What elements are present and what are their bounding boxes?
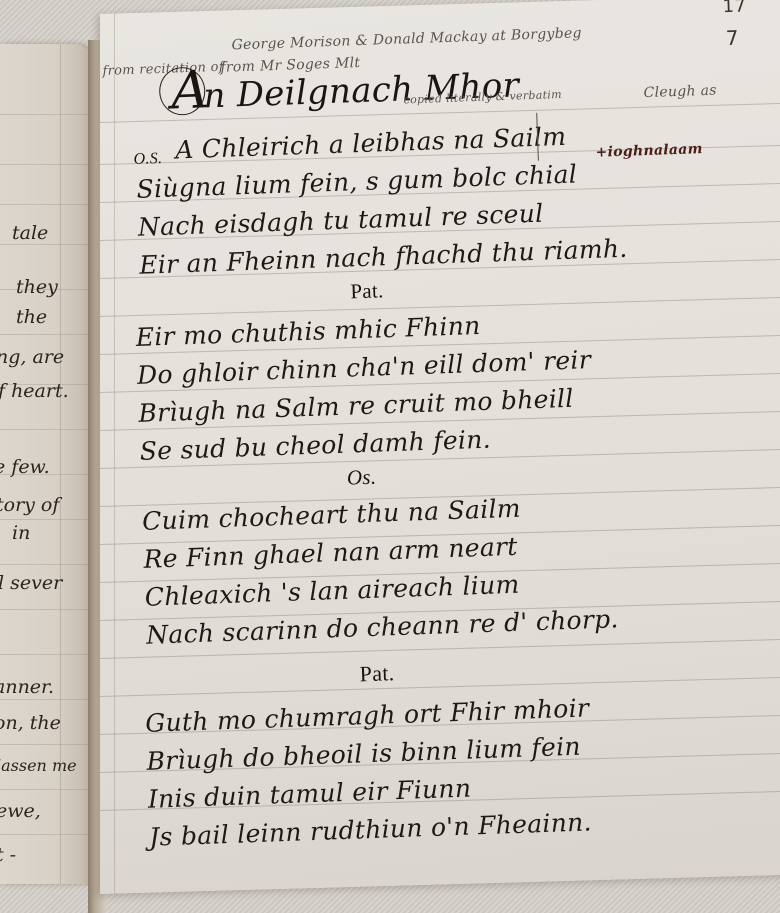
- ruled-line: [0, 114, 92, 115]
- ruled-line: [0, 429, 92, 430]
- left-page-text-fragment: ng, are: [0, 346, 64, 368]
- verse-line: A Chleirich a leibhas na Sailm: [175, 122, 567, 165]
- left-page-text-fragment: lassen me: [0, 756, 77, 775]
- left-page-text-fragment: the: [16, 306, 47, 328]
- left-page-text-fragment: e few.: [0, 456, 50, 478]
- ruled-line: [0, 654, 92, 655]
- speaker-label: O.S.: [133, 150, 162, 169]
- page-number: 17: [722, 0, 746, 17]
- left-page-text-fragment: l sever: [0, 572, 62, 594]
- verse-line: Inis duin tamul eir Fiunn: [147, 774, 471, 814]
- left-page-text-fragment: tory of: [0, 494, 59, 516]
- ruled-line: [0, 164, 92, 165]
- left-page-text-fragment: t -: [0, 844, 16, 866]
- verse-line: Siùgna lium fein, s gum bolc chial: [136, 159, 577, 203]
- left-page-text-fragment: ewe,: [0, 800, 41, 822]
- speaker-label: Pat.: [359, 660, 395, 687]
- verse-line: Se sud bu cheol damh fein.: [139, 425, 491, 466]
- left-page-text-fragment: in: [12, 522, 30, 544]
- ruled-line: [0, 244, 92, 245]
- left-page-text-fragment: on, the: [0, 712, 61, 734]
- ruled-line: [0, 204, 92, 205]
- manuscript-photo: tale they the ng, are f heart. e few. to…: [0, 0, 780, 913]
- ruled-line: [0, 334, 92, 335]
- speaker-label: Os.: [346, 465, 376, 491]
- verse-line: Guth mo chumragh ort Fhir mhoir: [145, 693, 590, 737]
- verse-line: Brìugh do bheoil is binn lium fein: [146, 732, 581, 776]
- margin-note: Cleugh as: [643, 83, 717, 102]
- page-number-secondary: 7: [725, 26, 739, 50]
- ruled-line: [0, 609, 92, 610]
- verse-line: Do ghloir chinn cha'n eill dom' reir: [137, 345, 592, 390]
- verse-line: Nach eisdagh tu tamul re sceul: [137, 199, 543, 242]
- left-facing-page: tale they the ng, are f heart. e few. to…: [0, 44, 92, 884]
- ruled-line: [0, 699, 92, 700]
- speaker-label: Pat.: [350, 278, 384, 304]
- verse-line: Brìugh na Salm re cruit mo bheill: [138, 384, 574, 428]
- ruled-line: [0, 789, 92, 790]
- verse-line: Eir mo chuthis mhic Fhinn: [135, 311, 481, 352]
- ruled-line: [0, 744, 92, 745]
- verse-line: Chleaxich 's lan aireach lium: [144, 570, 520, 612]
- left-page-text-fragment: tale: [12, 222, 48, 244]
- ruled-line: [0, 519, 92, 520]
- left-page-text-fragment: anner.: [0, 676, 54, 698]
- verse-line: Re Finn ghael nan arm neart: [143, 532, 518, 574]
- ruled-line: [0, 564, 92, 565]
- verse-line: Nach scarinn do cheann re d' chorp.: [146, 604, 619, 649]
- verse-line: Eir an Fheinn nach fhachd thu riamh.: [139, 234, 628, 280]
- left-page-text-fragment: f heart.: [0, 380, 69, 402]
- verse-line: Cuim chocheart thu na Sailm: [142, 494, 522, 536]
- header-annotation: George Morison & Donald Mackay at Borgyb…: [231, 25, 582, 53]
- margin-note-red: +ioghnalaam: [595, 141, 703, 161]
- left-page-text-fragment: they: [16, 276, 58, 298]
- manuscript-text: 17 7 George Morison & Donald Mackay at B…: [100, 0, 780, 912]
- verse-line: Js bail leinn rudthiun o'n Fheainn.: [149, 807, 592, 851]
- ruled-line: [0, 834, 92, 835]
